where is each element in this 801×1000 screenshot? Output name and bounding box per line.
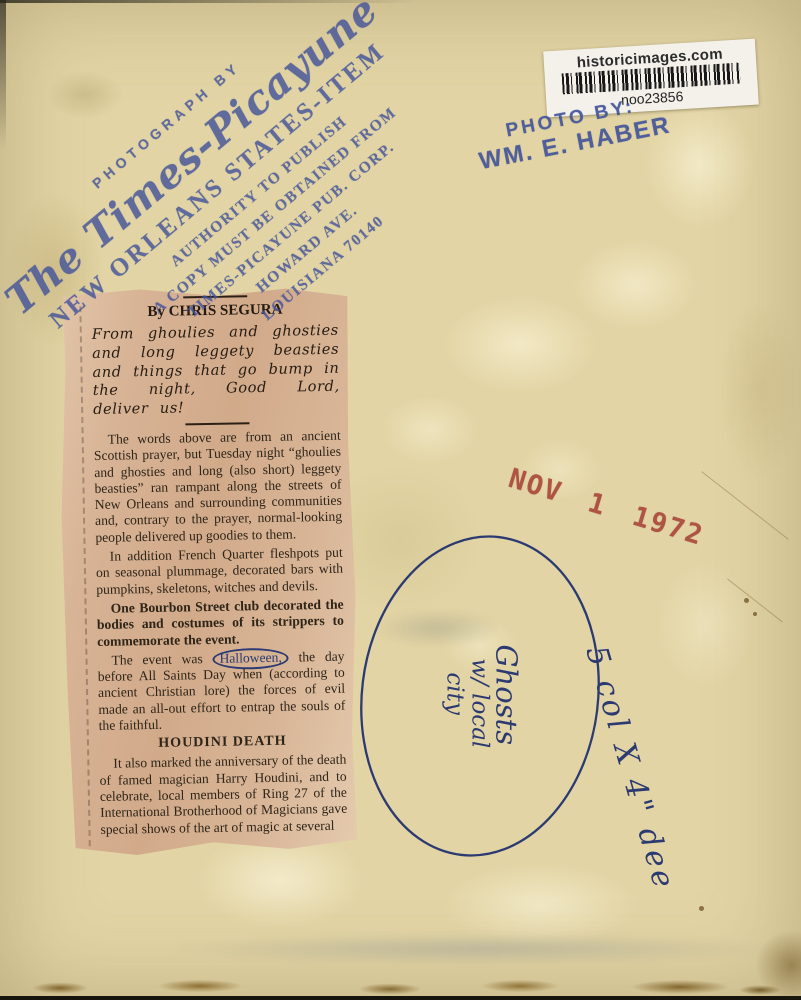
corner-stain bbox=[755, 930, 801, 1000]
clipping-paragraph: The event was Halloween, the day before … bbox=[97, 648, 345, 734]
note-line: w/ local bbox=[467, 644, 491, 814]
houdini-subhead: HOUDINI DEATH bbox=[99, 733, 346, 753]
oval-handwritten-note: Ghosts w/ local city bbox=[443, 644, 522, 814]
clipping-paragraph: It also marked the anniversary of the de… bbox=[99, 752, 347, 838]
left-edge-shadow bbox=[0, 0, 6, 150]
p4-before: The event was bbox=[111, 651, 212, 668]
note-line: Ghosts bbox=[491, 644, 521, 814]
paper-speck bbox=[699, 906, 704, 911]
clipping-paragraph-bold: One Bourbon Street club decorated the bo… bbox=[97, 597, 345, 650]
bottom-edge-line bbox=[0, 996, 801, 1000]
clipping-paragraph: The words above are from an ancient Scot… bbox=[94, 428, 343, 546]
divider-rule bbox=[185, 422, 249, 425]
crease-line bbox=[701, 471, 788, 540]
photo-verso-scan: historicimages.com noo23856 PHOTO BY: WM… bbox=[0, 0, 801, 1000]
clipping-paragraph: In addition French Quarter fleshpots put… bbox=[96, 545, 344, 598]
gray-streak-stain bbox=[165, 933, 785, 965]
paper-speck bbox=[753, 612, 757, 616]
note-line: city bbox=[443, 644, 467, 814]
paper-speck bbox=[744, 598, 749, 603]
